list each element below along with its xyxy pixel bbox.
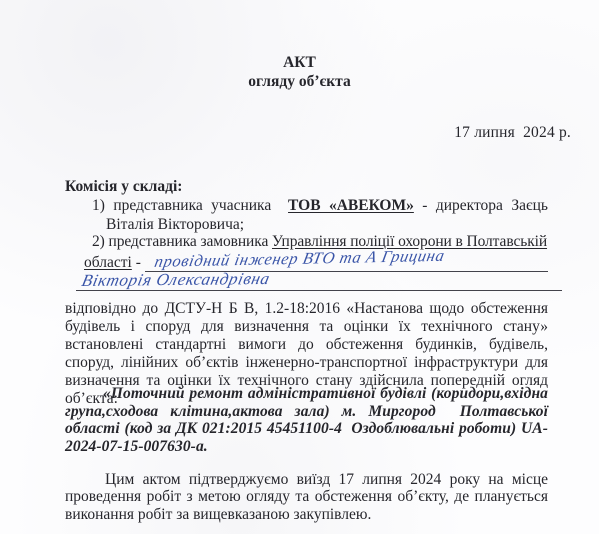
item-2-text-before: представника замовника bbox=[109, 233, 273, 250]
scanned-document-page: АКТ огляду об’єкта 17 липня 2024 р. Комі… bbox=[0, 0, 599, 534]
document-title: АКТ bbox=[0, 54, 599, 73]
handwritten-first-name-patronymic: Вікторія Олександрівна bbox=[76, 270, 272, 290]
document-title-block: АКТ огляду об’єкта bbox=[0, 54, 599, 91]
ruled-fill-line-2: Вікторія Олександрівна bbox=[76, 272, 562, 291]
commission-heading: Комісія у складі: bbox=[65, 178, 182, 196]
paragraph-object-description: «Поточний ремонт адміністративної будівл… bbox=[65, 385, 548, 456]
dash-separator: - bbox=[132, 253, 145, 272]
commission-item-2-line-3: Вікторія Олександрівна bbox=[76, 272, 562, 291]
customer-organization-name-continued: області bbox=[84, 253, 132, 272]
commission-item-1: 1) представника учасника ТОВ «АВЕКОМ» - … bbox=[92, 197, 548, 234]
paragraph-confirmation: Цим актом підтверджуємо виїзд 17 липня 2… bbox=[65, 471, 548, 523]
item-1-text-before: представника учасника bbox=[113, 197, 288, 214]
document-date: 17 липня 2024 р. bbox=[454, 124, 571, 142]
document-subtitle: огляду об’єкта bbox=[0, 73, 599, 92]
item-1-number: 1) bbox=[92, 197, 105, 214]
item-2-number: 2) bbox=[92, 233, 105, 250]
participant-company-name: ТОВ «АВЕКОМ» bbox=[288, 197, 414, 214]
commission-item-2-line-2: області - провідний інженер ВТО та А Гри… bbox=[84, 252, 548, 272]
